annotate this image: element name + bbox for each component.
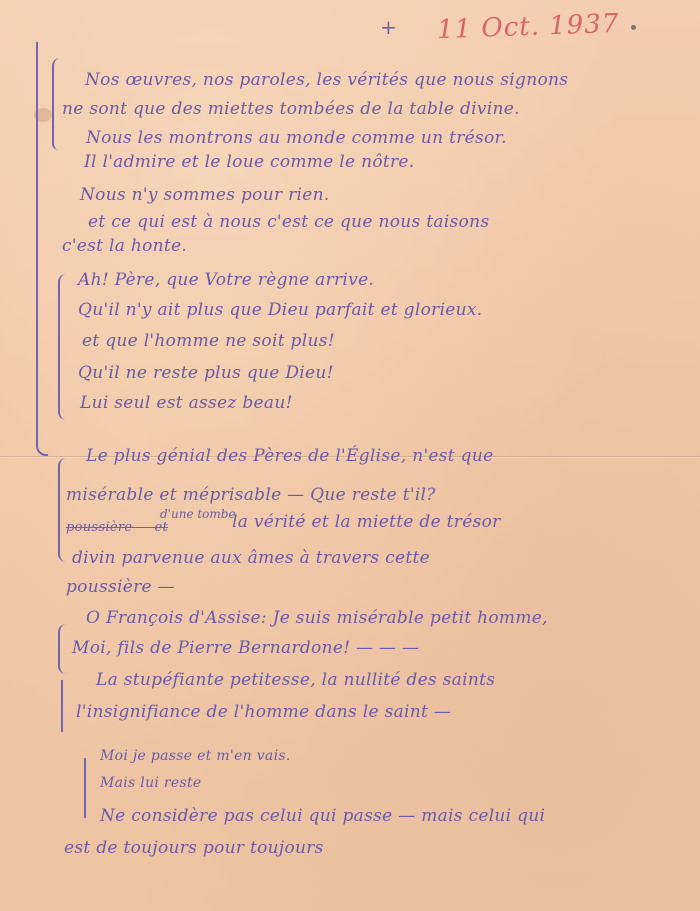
paragraph-5-bracket — [61, 680, 67, 732]
paragraph-6-bracket — [84, 758, 90, 818]
paragraph-4-line-2: Moi, fils de Pierre Bernardone! — — — — [72, 638, 419, 658]
paragraph-1-line-4: Il l'admire et le loue comme le nôtre. — [84, 152, 414, 172]
paragraph-2-line-3: et que l'homme ne soit plus! — [82, 331, 335, 351]
cross-mark: + — [380, 15, 397, 39]
paragraph-3-line-2: misérable et méprisable — Que reste t'il… — [66, 485, 436, 505]
paragraph-3-line-5: poussière — — [66, 577, 175, 597]
paragraph-2-bracket — [58, 274, 66, 420]
date-heading: 11 Oct. 1937 — [436, 9, 619, 45]
paragraph-6-line-3: Ne considère pas celui qui passe — mais … — [100, 806, 545, 826]
paragraph-6-line-2: Mais lui reste — [100, 775, 202, 791]
paragraph-1-line-6: et ce qui est à nous c'est ce que nous t… — [88, 212, 489, 232]
paragraph-2-line-1: Ah! Père, que Votre règne arrive. — [78, 270, 374, 290]
paragraph-5-line-1: La stupéfiante petitesse, la nullité des… — [96, 670, 495, 690]
paragraph-2-line-5: Lui seul est assez beau! — [80, 393, 293, 413]
ink-dot — [631, 25, 636, 30]
struck-through-text: poussière — et — [66, 520, 196, 535]
paragraph-1-line-3: Nous les montrons au monde comme un trés… — [86, 128, 507, 148]
paragraph-3-line-1: Le plus génial des Pères de l'Église, n'… — [86, 446, 493, 466]
paragraph-1-bracket — [52, 58, 60, 150]
paragraph-4-line-1: O François d'Assise: Je suis misérable p… — [86, 608, 548, 628]
paragraph-3-line-3: la vérité et la miette de trésor — [232, 512, 501, 532]
paragraph-5-line-2: l'insignifiance de l'homme dans le saint… — [76, 702, 451, 722]
manuscript-page: + 11 Oct. 1937 Nos œuvres, nos paroles, … — [0, 0, 700, 911]
paragraph-1-line-7: c'est la honte. — [62, 236, 187, 256]
page-header: + 11 Oct. 1937 — [380, 12, 636, 42]
paragraph-1-line-5: Nous n'y sommes pour rien. — [80, 185, 330, 205]
paragraph-2-line-2: Qu'il n'y ait plus que Dieu parfait et g… — [78, 300, 483, 320]
paragraph-3-line-4: divin parvenue aux âmes à travers cette — [72, 548, 430, 568]
paragraph-6-line-4: est de toujours pour toujours — [64, 838, 324, 858]
paragraph-6-line-1: Moi je passe et m'en vais. — [100, 748, 291, 764]
paragraph-4-bracket — [58, 624, 66, 674]
paragraph-1-line-2: ne sont que des miettes tombées de la ta… — [62, 99, 520, 119]
insertion-above-text: d'une tombe — [160, 507, 236, 521]
paragraph-1-line-1: Nos œuvres, nos paroles, les vérités que… — [85, 70, 568, 90]
paragraph-2-line-4: Qu'il ne reste plus que Dieu! — [78, 363, 334, 383]
paragraph-3-bracket — [58, 458, 66, 562]
outer-margin-bracket — [36, 42, 48, 456]
